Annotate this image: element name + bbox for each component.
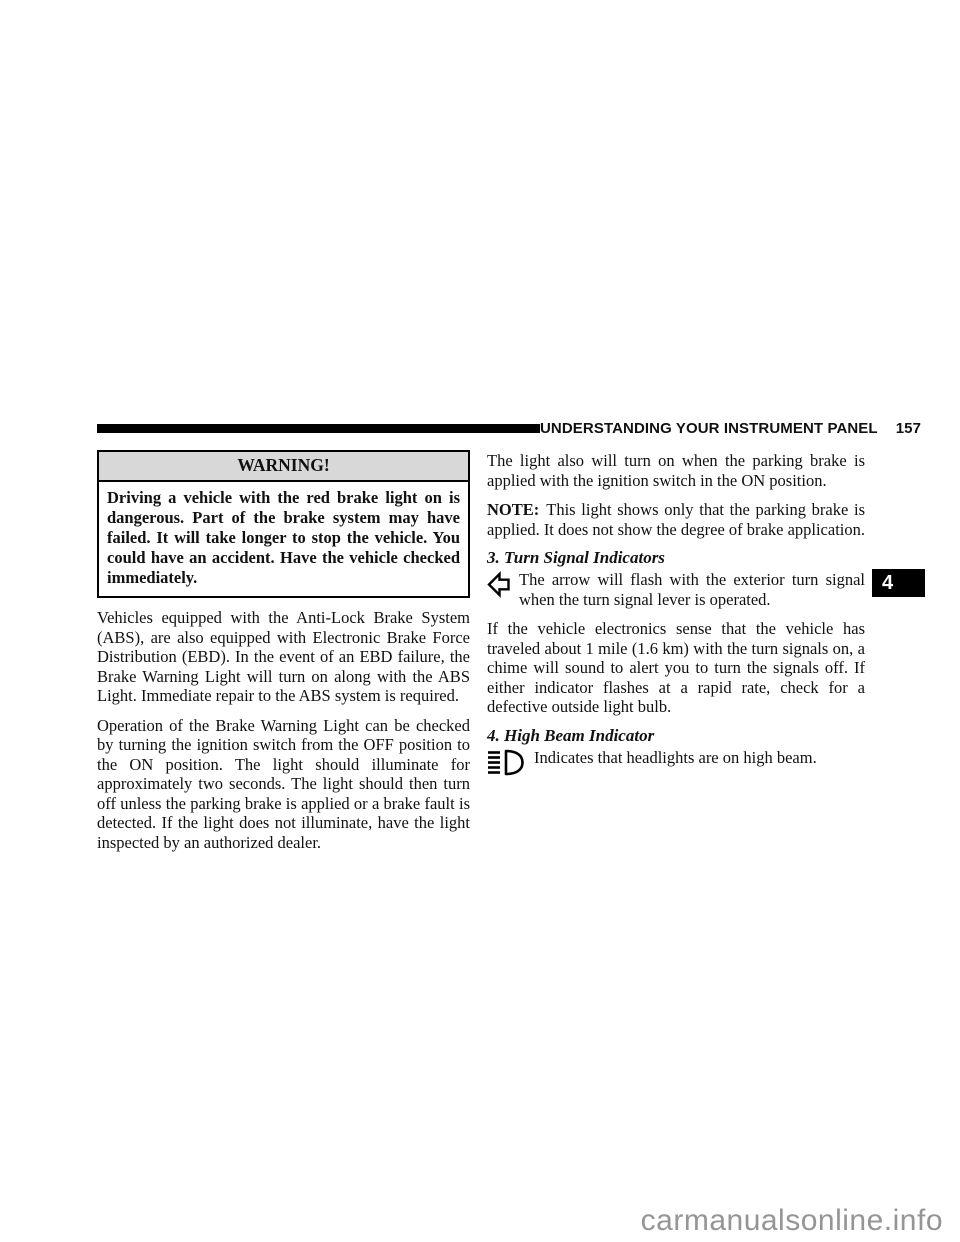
paragraph-abs-ebd: Vehicles equipped with the Anti-Lock Bra… [97,608,470,706]
high-beam-text: Indicates that headlights are on high be… [534,748,817,767]
header-rule [97,424,540,433]
warning-body: Driving a vehicle with the red brake lig… [99,482,468,596]
watermark: carmanualsonline.info [641,1204,943,1238]
high-beam-icon [487,749,526,776]
warning-box: WARNING! Driving a vehicle with the red … [97,450,470,598]
heading-turn-signal-indicators: 3. Turn Signal Indicators [487,548,865,568]
two-column-layout: WARNING! Driving a vehicle with the red … [97,450,865,852]
page-content: UNDERSTANDING YOUR INSTRUMENT PANEL157 W… [97,420,865,852]
turn-signal-text: The arrow will flash with the exterior t… [519,570,865,609]
heading-high-beam-indicator: 4. High Beam Indicator [487,726,865,746]
manual-page: UNDERSTANDING YOUR INSTRUMENT PANEL157 W… [0,0,960,1242]
paragraph-brake-light-check: Operation of the Brake Warning Light can… [97,716,470,853]
note-label: NOTE: [487,500,539,519]
page-header: UNDERSTANDING YOUR INSTRUMENT PANEL157 [97,420,865,437]
note-text: This light shows only that the parking b… [487,500,865,539]
turn-signal-row: The arrow will flash with the exterior t… [487,570,865,609]
paragraph-note: NOTE:This light shows only that the park… [487,500,865,539]
page-number: 157 [896,420,921,437]
paragraph-chime: If the vehicle electronics sense that th… [487,619,865,717]
paragraph-parking-brake: The light also will turn on when the par… [487,451,865,490]
turn-signal-arrow-icon [487,571,511,598]
header-text: UNDERSTANDING YOUR INSTRUMENT PANEL157 [540,420,921,437]
high-beam-row: Indicates that headlights are on high be… [487,748,865,768]
section-tab: 4 [872,569,925,597]
warning-title: WARNING! [99,452,468,482]
left-column: WARNING! Driving a vehicle with the red … [97,450,470,852]
header-title: UNDERSTANDING YOUR INSTRUMENT PANEL [540,420,878,437]
right-column: The light also will turn on when the par… [487,450,865,852]
